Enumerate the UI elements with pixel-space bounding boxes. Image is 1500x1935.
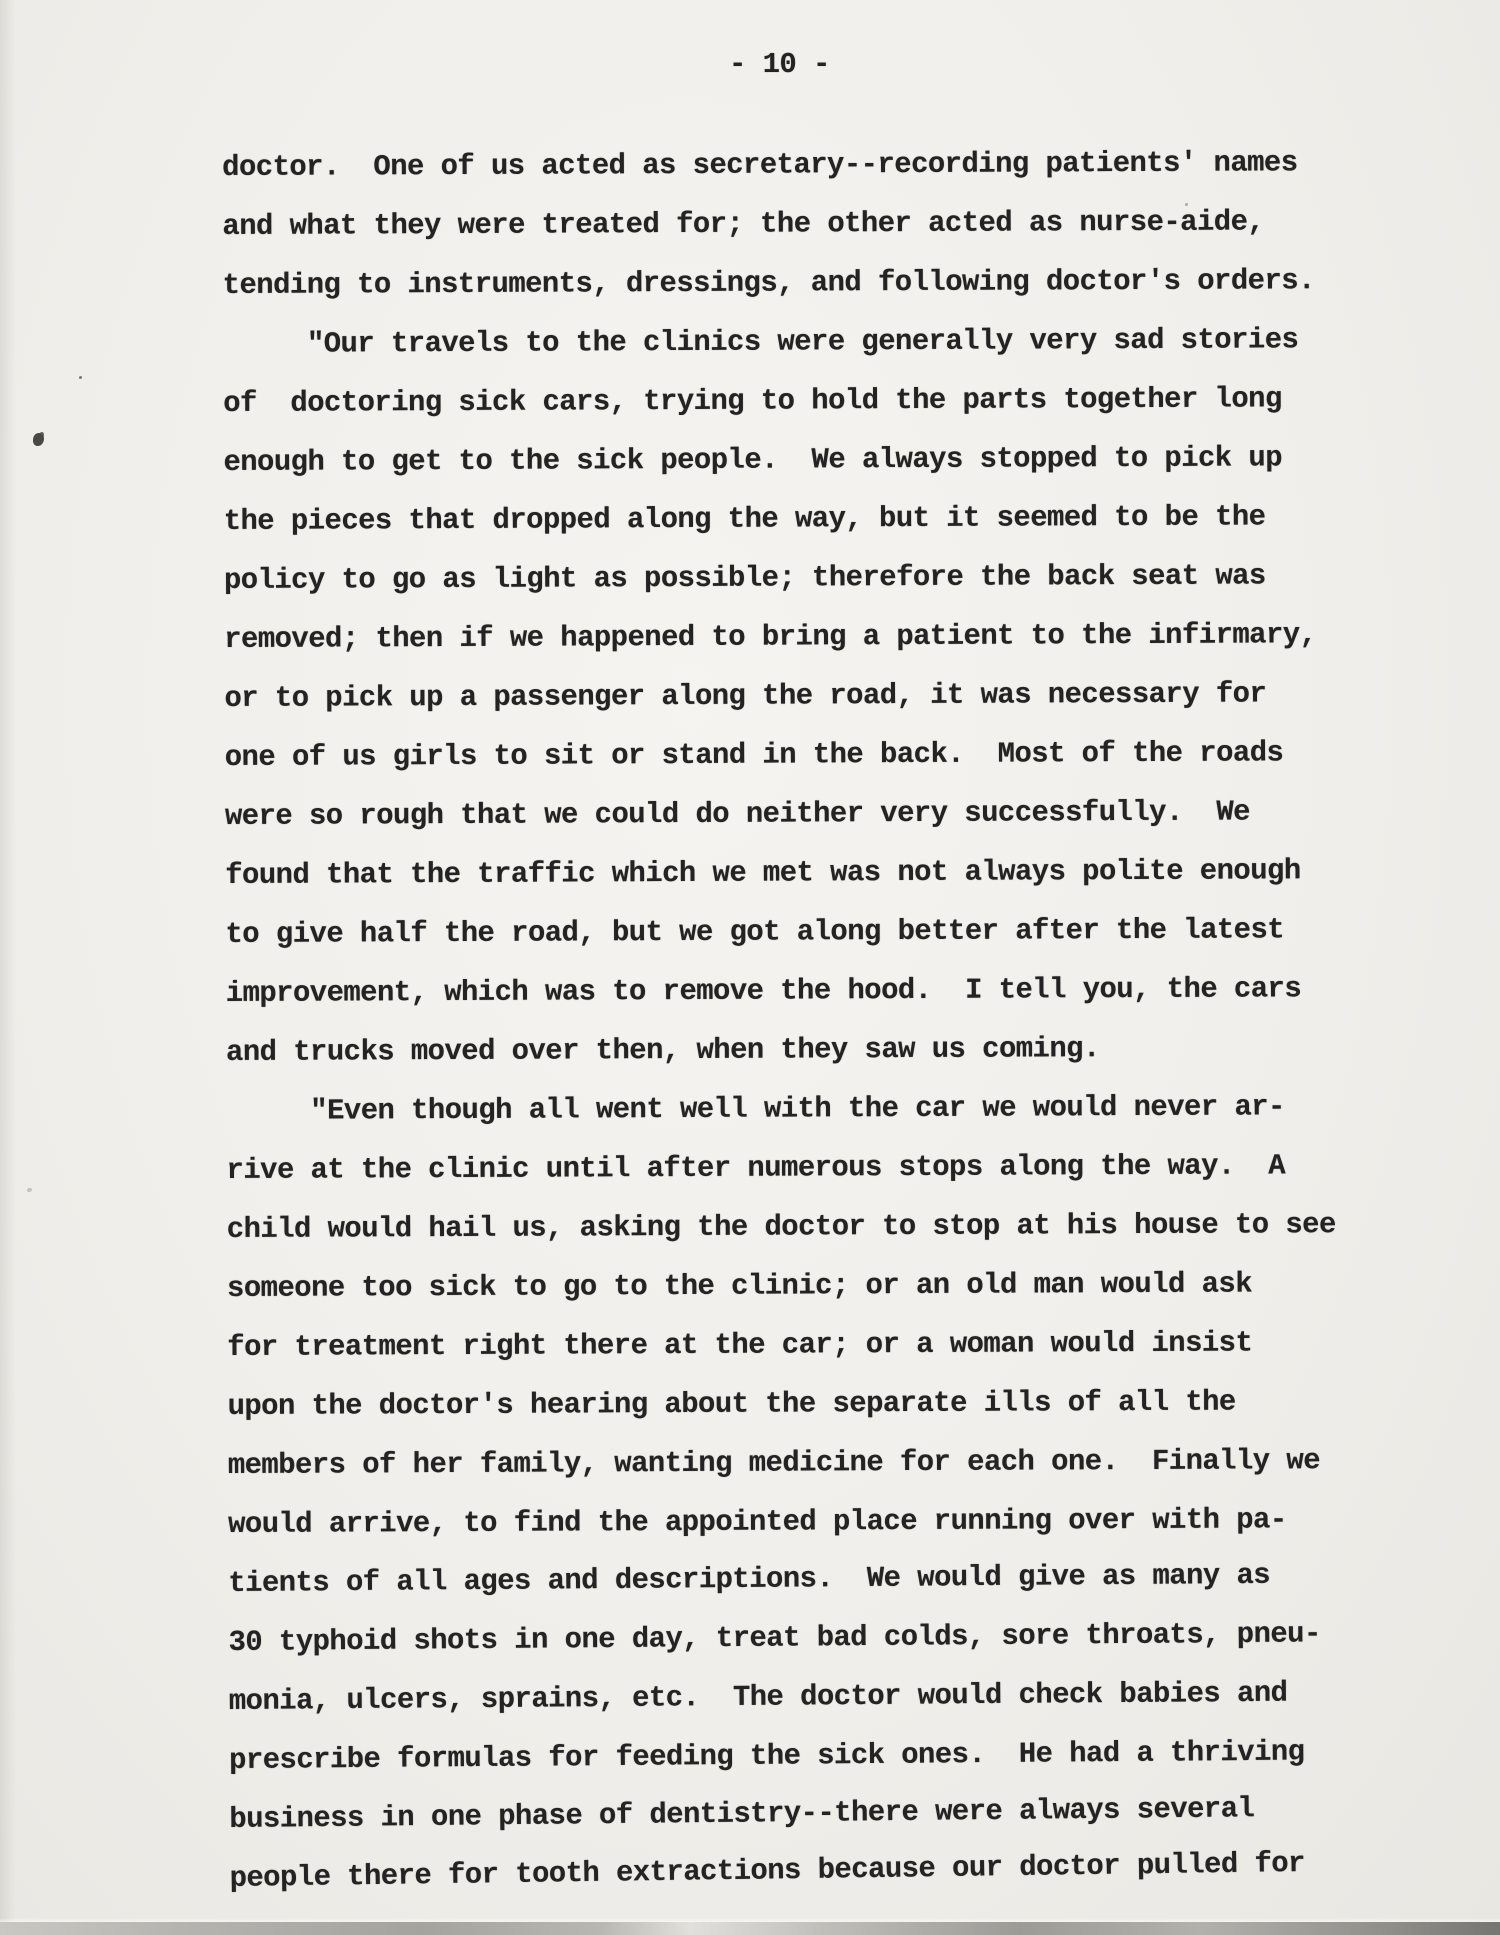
text-line: "Our travels to the clinics were general… <box>223 310 1332 374</box>
text-line: and trucks moved over then, when they sa… <box>226 1018 1335 1082</box>
text-line: child would hail us, asking the doctor t… <box>227 1195 1336 1259</box>
typewritten-text: doctor. One of us acted as secretary--re… <box>222 133 1339 1908</box>
text-line: of doctoring sick cars, trying to hold t… <box>223 369 1332 433</box>
text-line: the pieces that dropped along the way, b… <box>224 487 1333 551</box>
text-line: someone too sick to go to the clinic; or… <box>227 1254 1336 1318</box>
text-line: and what they were treated for; the othe… <box>222 192 1331 256</box>
paper-speck <box>27 1188 32 1192</box>
text-line: 30 typhoid shots in one day, treat bad c… <box>228 1604 1337 1672</box>
text-line: "Even though all went well with the car … <box>226 1077 1335 1141</box>
text-line: found that the traffic which we met was … <box>225 841 1334 905</box>
page-bottom-edge <box>0 1922 1500 1935</box>
text-line: were so rough that we could do neither v… <box>225 782 1334 846</box>
text-line: rive at the clinic until after numerous … <box>226 1136 1335 1200</box>
text-line: policy to go as light as possible; there… <box>224 546 1333 610</box>
paper-speck <box>79 376 82 379</box>
text-line: to give half the road, but we got along … <box>225 900 1334 964</box>
text-line: removed; then if we happened to bring a … <box>224 605 1333 669</box>
page-number: - 10 - <box>729 48 830 81</box>
text-line: enough to get to the sick people. We alw… <box>223 428 1332 492</box>
scan-edge-shadow <box>0 0 16 1935</box>
text-line: for treatment right there at the car; or… <box>227 1313 1336 1377</box>
paper-speck <box>33 433 44 446</box>
text-line: doctor. One of us acted as secretary--re… <box>222 133 1331 197</box>
text-line: would arrive, to find the appointed plac… <box>228 1490 1337 1554</box>
text-line: improvement, which was to remove the hoo… <box>226 959 1335 1023</box>
text-line: upon the doctor's hearing about the sepa… <box>227 1372 1336 1436</box>
text-line: tients of all ages and descriptions. We … <box>228 1545 1337 1613</box>
text-line: tending to instruments, dressings, and f… <box>223 251 1332 315</box>
text-line: members of her family, wanting medicine … <box>228 1431 1337 1495</box>
text-line: monia, ulcers, sprains, etc. The doctor … <box>229 1663 1338 1731</box>
text-line: one of us girls to sit or stand in the b… <box>225 723 1334 787</box>
scanned-typewritten-page: - 10 - doctor. One of us acted as secret… <box>0 0 1500 1935</box>
text-line: or to pick up a passenger along the road… <box>224 664 1333 728</box>
